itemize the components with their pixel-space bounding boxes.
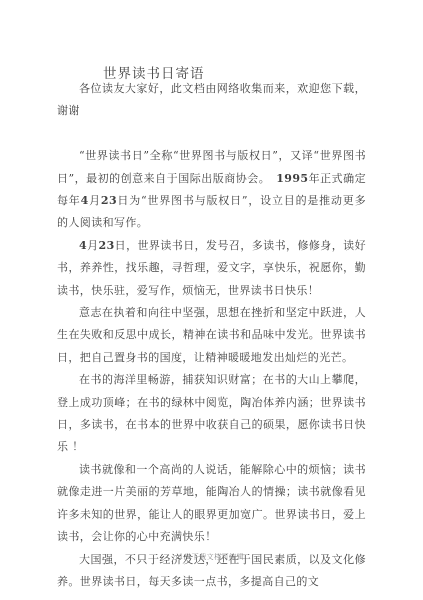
paragraph: 各位读友大家好，此文档由网络收集而来，欢迎您下载，谢谢 [57, 78, 366, 123]
paragraph-number-bold: 1995 [276, 172, 308, 185]
paragraph-text: 意志在执着和向往中坚强，思想在挫折和坚定中跃进，人生在失败和反思中成长，精神在读… [57, 306, 366, 364]
paragraph-text: 月 [89, 194, 101, 207]
document-body: 各位读友大家好，此文档由网络收集而来，欢迎您下载，谢谢“世界读书日”全称“世界图… [57, 78, 366, 593]
paragraph-number-bold: 4 [81, 194, 89, 207]
paragraph: 读书就像和一个高尚的人说话，能解除心中的烦恼；读书就像走进一片美丽的芳草地，能陶… [57, 459, 366, 549]
document-page: 世界读书日寄语 各位读友大家好，此文档由网络收集而来，欢迎您下载，谢谢“世界读书… [0, 0, 423, 600]
paragraph: “世界读书日”全称“世界图书与版权日”，又译“世界图书日”，最初的创意来自于国际… [57, 145, 366, 235]
paragraph-text: 在书的海洋里畅游，捕获知识财富；在书的大山上攀爬，登上成功顶峰；在书的绿林中阅览… [57, 373, 366, 453]
paragraph-number-bold: 4 [79, 239, 87, 252]
page-footer: 1/4下载文档可编辑 [0, 552, 423, 562]
paragraph-text: 各位读友大家好，此文档由网络收集而来，欢迎您下载，谢谢 [57, 82, 366, 117]
paragraph-number-bold: 23 [101, 194, 117, 207]
paragraph: 在书的海洋里畅游，捕获知识财富；在书的大山上攀爬，登上成功顶峰；在书的绿林中阅览… [57, 369, 366, 459]
paragraph-text: 读书就像和一个高尚的人说话，能解除心中的烦恼；读书就像走进一片美丽的芳草地，能陶… [57, 463, 366, 543]
paragraph: 意志在执着和向往中坚强，思想在挫折和坚定中跃进，人生在失败和反思中成长，精神在读… [57, 302, 366, 369]
paragraph: 4月23日，世界读书日，发号召，多读书，修修身，读好书，养养性，找乐趣，寻哲理，… [57, 235, 366, 302]
paragraph-text: 月 [87, 239, 98, 252]
paragraph-number-bold: 23 [99, 239, 115, 252]
